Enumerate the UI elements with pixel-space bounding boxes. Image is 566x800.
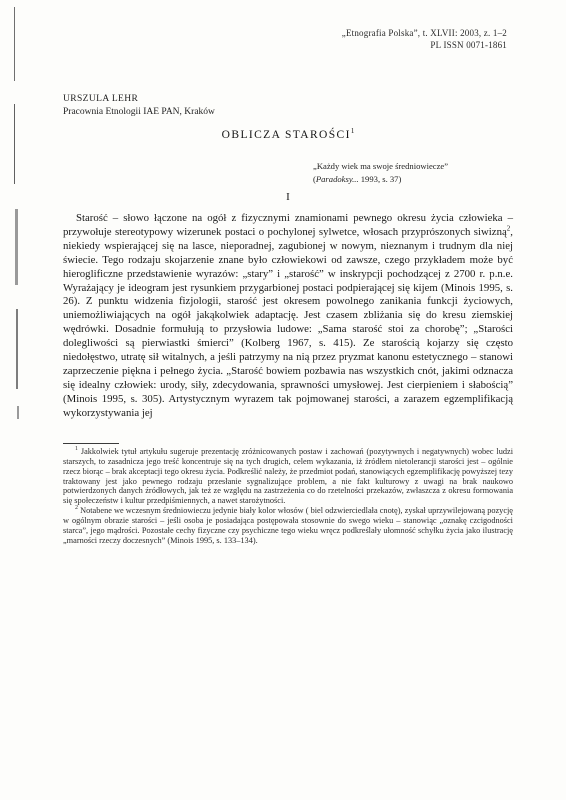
article-title-text: OBLICZA STAROŚCI bbox=[222, 129, 351, 141]
epigraph-source-title: Paradoksy... bbox=[316, 174, 359, 184]
epigraph-source-suffix: 1993, s. 37) bbox=[359, 174, 402, 184]
scan-artifact-line bbox=[14, 7, 15, 81]
scan-artifact-line bbox=[16, 309, 18, 389]
scanned-paper-page: „Etnografia Polska”, t. XLVII: 2003, z. … bbox=[0, 0, 566, 800]
body-text-part2: , niekiedy wspierającej się na lasce, ni… bbox=[63, 226, 513, 419]
footnote-2-text: Notabene we wczesnym średniowieczu jedyn… bbox=[63, 506, 513, 545]
journal-header: „Etnografia Polska”, t. XLVII: 2003, z. … bbox=[342, 27, 507, 51]
author-block: URSZULA LEHR Pracownia Etnologii IAE PAN… bbox=[63, 93, 215, 119]
epigraph-source: (Paradoksy... 1993, s. 37) bbox=[313, 173, 448, 186]
footnote-1: 1 Jakkolwiek tytuł artykułu sugeruje pre… bbox=[63, 447, 513, 506]
body-paragraph: Starość – słowo łączone na ogół z fizycz… bbox=[63, 212, 513, 421]
journal-citation-line: „Etnografia Polska”, t. XLVII: 2003, z. … bbox=[342, 27, 507, 39]
author-affiliation: Pracownia Etnologii IAE PAN, Kraków bbox=[63, 106, 215, 119]
footnote-1-text: Jakkolwiek tytuł artykułu sugeruje preze… bbox=[63, 447, 513, 505]
body-text-part1: Starość – słowo łączone na ogół z fizycz… bbox=[63, 212, 513, 238]
issn-line: PL ISSN 0071-1861 bbox=[342, 39, 507, 51]
author-name: URSZULA LEHR bbox=[63, 93, 215, 106]
title-footnote-ref: 1 bbox=[351, 127, 355, 135]
footnote-separator bbox=[63, 443, 119, 444]
scan-artifact-line bbox=[17, 406, 19, 419]
epigraph-quote: „Każdy wiek ma swoje średniowiecze” bbox=[313, 160, 448, 173]
article-title: OBLICZA STAROŚCI1 bbox=[63, 129, 513, 141]
footnotes-block: 1 Jakkolwiek tytuł artykułu sugeruje pre… bbox=[63, 447, 513, 545]
footnote-2-marker: 2 bbox=[75, 505, 78, 511]
footnote-2: 2 Notabene we wczesnym średniowieczu jed… bbox=[63, 506, 513, 545]
epigraph: „Każdy wiek ma swoje średniowiecze” (Par… bbox=[313, 160, 448, 185]
section-number: I bbox=[63, 191, 513, 203]
footnote-1-marker: 1 bbox=[75, 446, 78, 452]
scan-artifact-line bbox=[14, 104, 15, 184]
scan-artifact-line bbox=[15, 209, 18, 285]
